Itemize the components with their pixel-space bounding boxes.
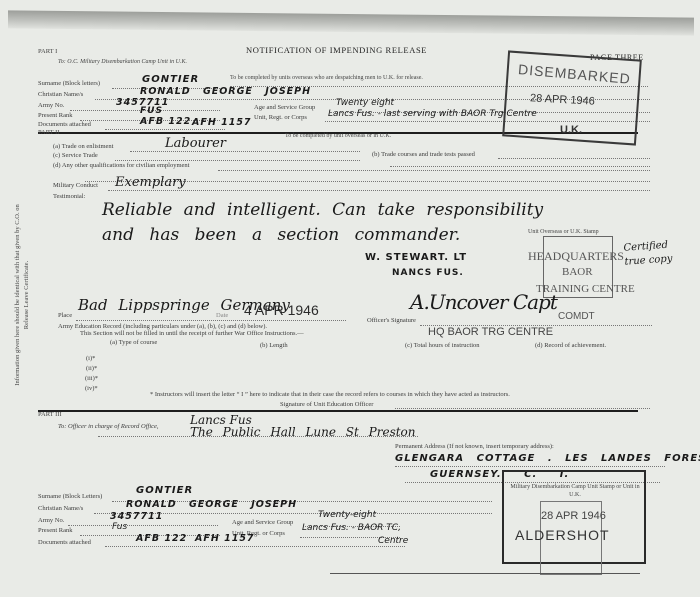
christian-names-label: Christian Name/s (38, 91, 83, 98)
documents-attached-value-1: AFB 122 (140, 116, 191, 127)
present-rank-label: Present Rank (38, 112, 72, 119)
p3-documents-label: Documents attached (38, 539, 91, 546)
p3-age-group-value: Twenty-eight (318, 510, 376, 520)
p3-christian-names-label: Christian Name/s (38, 505, 83, 512)
p3-army-no-value: 3457711 (110, 511, 163, 522)
education-col-length: (b) Length (260, 342, 288, 349)
army-no-label: Army No. (38, 102, 64, 109)
record-office-value-2: The Public Hall Lune St Preston (190, 425, 416, 439)
p3-unit-value: Lancs Fus. - BAOR TC, (302, 523, 401, 533)
age-group-label: Age and Service Group (254, 104, 315, 111)
other-qualifications-label: (d) Any other qualifications for civilia… (53, 162, 189, 169)
part2-completion-note: To be completed by unit overseas or in U… (285, 133, 391, 139)
p3-army-no-label: Army No. (38, 517, 64, 524)
hq-stamp-line-2: BAOR (562, 266, 593, 278)
side-note: Information given here should be identic… (4, 160, 40, 430)
age-group-value: Twenty eight (336, 98, 394, 108)
side-note-line-2: Release Leave Certificate. (22, 204, 31, 385)
education-col-type: (a) Type of course (110, 339, 157, 346)
christian-names-value: RONALD GEORGE JOSEPH (140, 86, 311, 97)
documents-attached-label: Documents attached (38, 121, 91, 128)
place-label: Place (58, 312, 72, 319)
side-note-line-1: Information given here should be identic… (13, 204, 22, 385)
p3-documents-value-2: AFH 1157 (195, 533, 255, 544)
document-title: NOTIFICATION OF IMPENDING RELEASE (246, 45, 427, 55)
officer-name: W. STEWART. LT (365, 252, 467, 263)
education-col-achievement: (d) Record of achievement. (535, 342, 606, 349)
officer-unit: NANCS FUS. (392, 268, 464, 278)
education-row-1: (i)* (86, 355, 95, 362)
to-line: To: O.C. Military Disembarkation Camp Un… (58, 59, 187, 65)
disembarked-stamp-extra: U.K. (560, 124, 582, 136)
bottom-line (330, 573, 640, 574)
permanent-address-label: Permanent Address (If not known, insert … (395, 443, 554, 450)
documents-attached-value-2: AFH 1157 (192, 117, 252, 128)
date-value: 4 APR 1946 (244, 302, 319, 318)
officer-hq: HQ BAOR TRG CENTRE (428, 326, 553, 338)
p3-christian-names-value: RONALD GEORGE JOSEPH (126, 499, 297, 510)
education-heading: Army Education Record (including particu… (58, 323, 267, 330)
unit-stamp-label: Unit Overseas or U.K. Stamp (528, 229, 599, 235)
officer-title: COMDT (558, 311, 595, 322)
p3-unit-value-2: Centre (378, 536, 408, 546)
part3-label: PART III (38, 411, 62, 418)
testimonial-line-1: Reliable and intelligent. Can take respo… (102, 200, 543, 220)
record-office-label: To: Officer in charge of Record Office, (58, 423, 159, 430)
camp-stamp-place: ALDERSHOT (515, 527, 610, 543)
part1-label: PART I (38, 48, 57, 55)
testimonial-label: Testimonial: (53, 193, 85, 200)
service-trade-label: (c) Service Trade (53, 152, 98, 159)
release-notification-document: PART I NOTIFICATION OF IMPENDING RELEASE… (0, 0, 700, 597)
education-col-hours: (c) Total hours of instruction (405, 342, 480, 349)
instructors-note: * Instructors will insert the letter “ I… (150, 391, 510, 398)
unit-label: Unit, Regt. or Corps (254, 114, 307, 121)
p3-documents-value-1: AFB 122 (136, 533, 187, 544)
present-rank-value: FUS (140, 106, 163, 116)
part2-label: PART II (38, 129, 59, 136)
address-line-1: GLENGARA COTTAGE . LES LANDES FOREST (395, 453, 700, 464)
officer-signature: A.Uncover Capt (410, 290, 557, 314)
completion-note: To be completed by units overseas who ar… (230, 75, 423, 81)
p3-surname-label: Surname (Block Letters) (38, 493, 102, 500)
scan-edge-shadow (8, 10, 694, 35)
education-row-4: (iv)* (85, 385, 98, 392)
education-signature-label: Signature of Unit Education Officer (280, 401, 373, 408)
military-conduct-value: Exemplary (115, 175, 186, 190)
p3-surname-value: GONTIER (136, 485, 193, 496)
trade-enlistment-label: (a) Trade on enlistment (53, 143, 113, 150)
officer-signature-label: Officer's Signature (367, 317, 416, 324)
surname-label: Surname (Block letters) (38, 80, 100, 87)
education-row-3: (iii)* (85, 375, 98, 382)
trade-courses-label: (b) Trade courses and trade tests passed (372, 151, 475, 158)
surname-value: GONTIER (142, 74, 199, 85)
hq-stamp-line-1: HEADQUARTERS (528, 249, 624, 264)
part-divider (38, 410, 638, 412)
p3-present-rank-label: Present Rank (38, 527, 72, 534)
p3-present-rank-value: Fus (112, 522, 127, 532)
education-note: This Section will not be filled in until… (80, 330, 304, 337)
camp-stamp-label: Military Disembarkation Camp Unit Stamp … (510, 483, 640, 499)
p3-age-group-label: Age and Service Group (232, 519, 293, 526)
certified-note: Certified true copy (623, 238, 675, 269)
education-row-2: (ii)* (86, 365, 97, 372)
testimonial-line-2: and has been a section commander. (102, 225, 460, 245)
date-label: Date (216, 312, 228, 319)
military-conduct-label: Military Conduct (53, 182, 98, 189)
camp-stamp-date: 28 APR 1946 (541, 510, 606, 522)
trade-enlistment-value: Labourer (165, 136, 226, 151)
